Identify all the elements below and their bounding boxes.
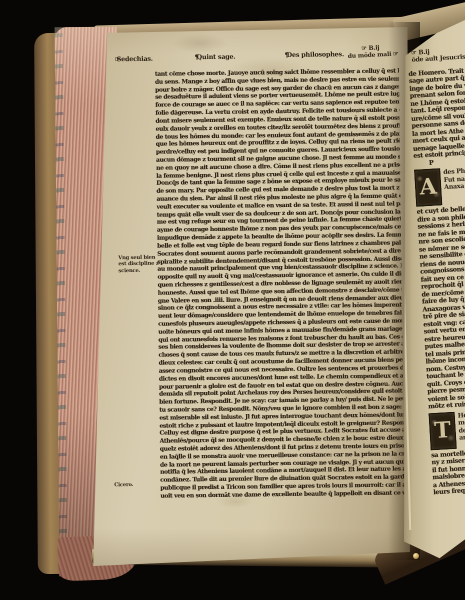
initial-side-lines: des Ph Fut na Anaxa: [443, 167, 465, 205]
gutter-highlight-dot: [413, 553, 419, 559]
running-header-section: ¶ Quint sage.: [195, 53, 197, 61]
header-title-des-philosophes: Des philosophes.: [287, 51, 344, 60]
quire-signature: ☞ B.ij du mōde mali ☞: [347, 44, 394, 60]
initial-side-lines: Hermi ment a demou artoye: [458, 410, 465, 448]
header-title-sedechias: Sedechias.: [117, 55, 153, 63]
margin-note-science: Vng seul bien est discipline z science.: [118, 255, 158, 274]
woodcut-initial-A: A: [414, 169, 442, 207]
right-page: ☞ B.ij ōde ault Jesucrist. de Homero. Tr…: [398, 20, 465, 561]
running-header-section: ¶ Des philosophes.: [285, 51, 287, 59]
body-text: tant cōme chose morte. Jauoye aucū soing…: [155, 68, 405, 534]
book-photograph: ☞ Sedechias. ¶ Quint sage. ¶ Des philoso…: [0, 0, 465, 600]
running-header-section: ☞ Sedechias.: [115, 55, 117, 63]
margin-note-cicero: Cicero.: [114, 482, 133, 489]
woodcut-initial-T: T: [429, 412, 457, 450]
left-page-content: ☞ Sedechias. ¶ Quint sage. ¶ Des philoso…: [91, 23, 416, 566]
right-page-paragraph: et cuyt de beller p dire a son philoso s…: [416, 200, 465, 411]
header-title-quint-sage: Quint sage.: [197, 53, 236, 62]
right-page-paragraph: de Homero. Trait sage autre part q̄ inge…: [408, 62, 465, 168]
left-page: ☞ Sedechias. ¶ Quint sage. ¶ Des philoso…: [92, 27, 410, 566]
decorated-initial-block: A des Ph Fut na Anaxa: [414, 161, 465, 207]
decorated-initial-block: T Hermi ment a demou artoye: [429, 404, 465, 450]
right-page-paragraph: sa mortelle corps ny z miserable. Fi il …: [431, 443, 465, 497]
right-page-content: ☞ B.ij ōde ault Jesucrist. de Homero. Tr…: [407, 41, 465, 497]
